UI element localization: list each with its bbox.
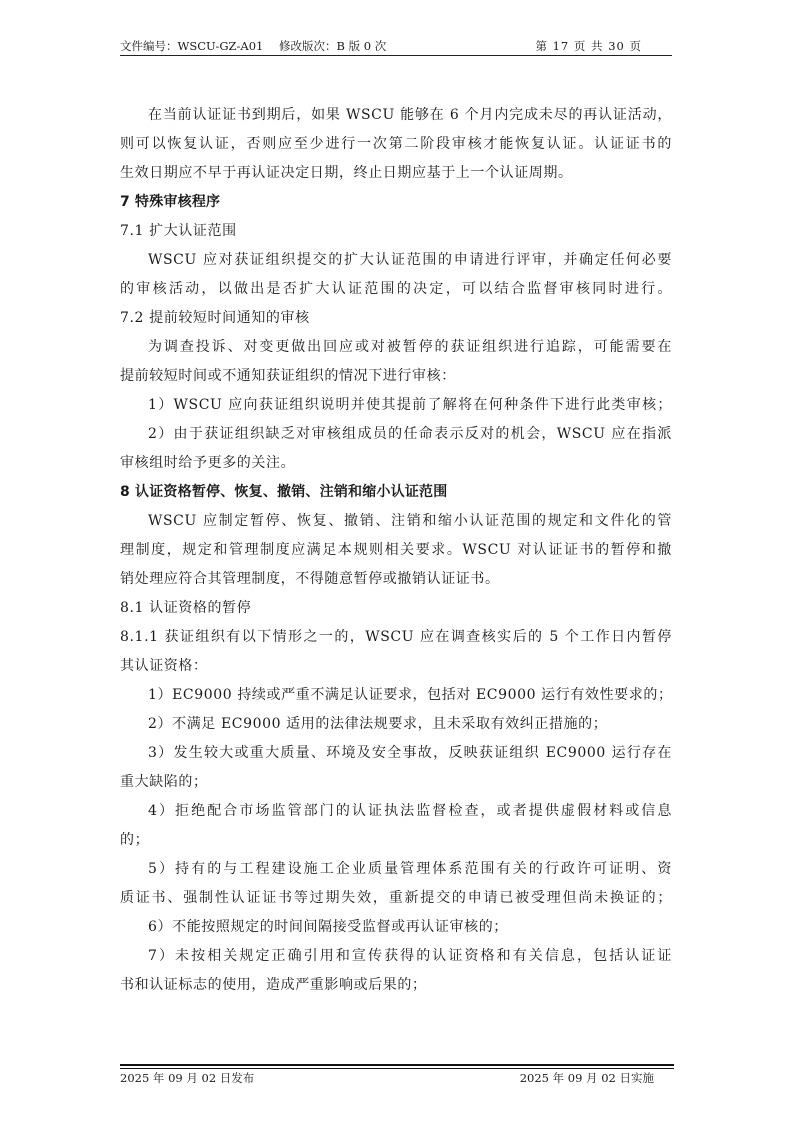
revision-label: 修改版次：B 版 0 次 bbox=[279, 38, 386, 54]
text-line: 2）由于获证组织缺乏对审核组成员的任命表示反对的机会，WSCU 应在指派 bbox=[120, 420, 672, 449]
page-number: 第 17 页 共 30 页 bbox=[535, 38, 642, 54]
text-line: 1）WSCU 应向获证组织说明并使其提前了解将在何种条件下进行此类审核； bbox=[120, 391, 672, 420]
text-line: 1）EC9000 持续或严重不满足认证要求，包括对 EC9000 运行有效性要求… bbox=[120, 681, 672, 710]
page-footer: 2025 年 09 月 02 日发布 2025 年 09 月 02 日实施 bbox=[120, 1071, 672, 1087]
text-line: 7.2 提前较短时间通知的审核 bbox=[120, 304, 672, 333]
text-line: WSCU 应制定暂停、恢复、撤销、注销和缩小认证范围的规定和文件化的管 bbox=[120, 507, 672, 536]
text-line: 质证书、强制性认证证书等过期失效，重新提交的申请已被受理但尚未换证的； bbox=[120, 884, 672, 913]
text-line: 7.1 扩大认证范围 bbox=[120, 217, 672, 246]
doc-number: 文件编号：WSCU-GZ-A01 bbox=[120, 38, 263, 54]
publish-date: 2025 年 09 月 02 日发布 bbox=[120, 1071, 254, 1085]
text-line: 为调查投诉、对变更做出回应或对被暂停的获证组织进行追踪，可能需要在 bbox=[120, 333, 672, 362]
text-line: 其认证资格： bbox=[120, 652, 672, 681]
text-line: 的审核活动，以做出是否扩大认证范围的决定，可以结合监督审核同时进行。 bbox=[120, 275, 672, 304]
document-body: 在当前认证证书到期后，如果 WSCU 能够在 6 个月内完成未尽的再认证活动，则… bbox=[120, 101, 672, 1000]
text-line: 8.1.1 获证组织有以下情形之一的，WSCU 应在调查核实后的 5 个工作日内… bbox=[120, 623, 672, 652]
text-line: 4）拒绝配合市场监管部门的认证执法监督检查，或者提供虚假材料或信息 bbox=[120, 797, 672, 826]
text-line: 则可以恢复认证，否则应至少进行一次第二阶段审核才能恢复认证。认证证书的 bbox=[120, 130, 672, 159]
implement-date: 2025 年 09 月 02 日实施 bbox=[520, 1071, 654, 1085]
document-page: 文件编号：WSCU-GZ-A01 修改版次：B 版 0 次 第 17 页 共 3… bbox=[0, 0, 794, 1123]
text-line: 2）不满足 EC9000 适用的法律法规要求，且未采取有效纠正措施的； bbox=[120, 710, 672, 739]
text-line: 7）未按相关规定正确引用和宣传获得的认证资格和有关信息，包括认证证 bbox=[120, 942, 672, 971]
section-heading: 7 特殊审核程序 bbox=[120, 188, 672, 217]
text-line: 生效日期应不早于再认证决定日期，终止日期应基于上一个认证周期。 bbox=[120, 159, 672, 188]
text-line: 提前较短时间或不通知获证组织的情况下进行审核： bbox=[120, 362, 672, 391]
text-line: WSCU 应对获证组织提交的扩大认证范围的申请进行评审，并确定任何必要 bbox=[120, 246, 672, 275]
text-line: 销处理应符合其管理制度，不得随意暂停或撤销认证证书。 bbox=[120, 565, 672, 594]
text-line: 5）持有的与工程建设施工企业质量管理体系范围有关的行政许可证明、资 bbox=[120, 855, 672, 884]
text-line: 书和认证标志的使用，造成严重影响或后果的； bbox=[120, 971, 672, 1000]
text-line: 审核组时给予更多的关注。 bbox=[120, 449, 672, 478]
text-line: 的； bbox=[120, 826, 672, 855]
header-divider bbox=[120, 55, 672, 56]
text-line: 6）不能按照规定的时间间隔接受监督或再认证审核的； bbox=[120, 913, 672, 942]
page-header: 文件编号：WSCU-GZ-A01 修改版次：B 版 0 次 第 17 页 共 3… bbox=[120, 38, 672, 56]
text-line: 3）发生较大或重大质量、环境及安全事故，反映获证组织 EC9000 运行存在 bbox=[120, 739, 672, 768]
text-line: 重大缺陷的； bbox=[120, 768, 672, 797]
text-line: 在当前认证证书到期后，如果 WSCU 能够在 6 个月内完成未尽的再认证活动， bbox=[120, 101, 672, 130]
text-line: 理制度，规定和管理制度应满足本规则相关要求。WSCU 对认证证书的暂停和撤 bbox=[120, 536, 672, 565]
section-heading: 8 认证资格暂停、恢复、撤销、注销和缩小认证范围 bbox=[120, 478, 672, 507]
footer-divider-thick bbox=[120, 1064, 674, 1066]
footer-divider-thin bbox=[120, 1068, 674, 1069]
text-line: 8.1 认证资格的暂停 bbox=[120, 594, 672, 623]
